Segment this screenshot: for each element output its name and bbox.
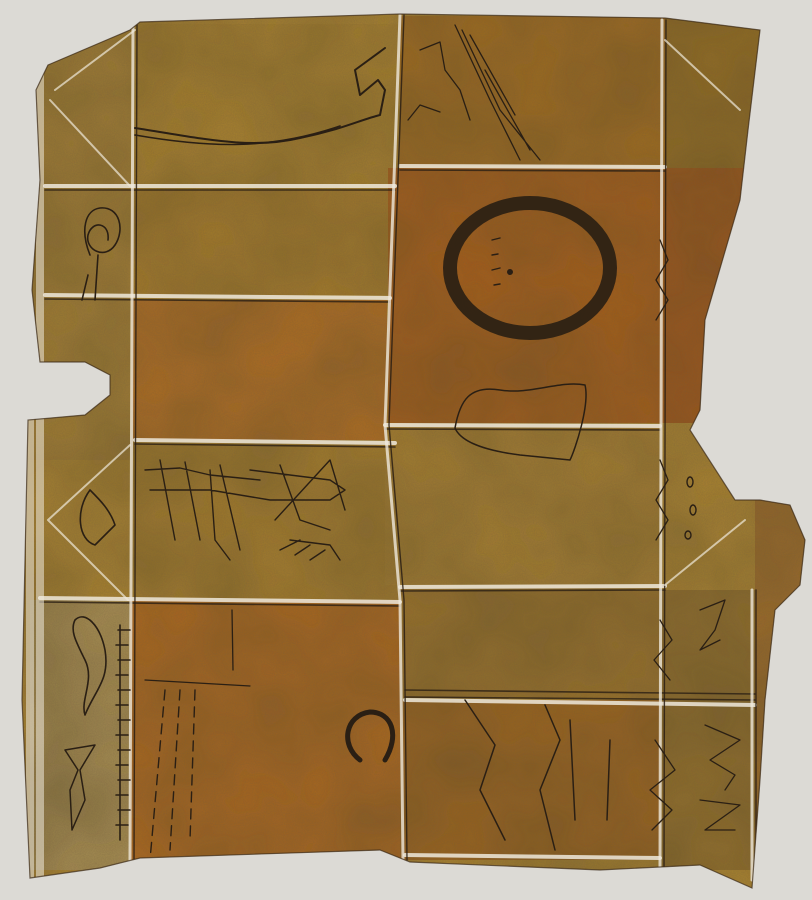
cardboard-print (0, 0, 812, 900)
artwork-canvas: Abstract monoprint of a flattened, torn … (0, 0, 812, 900)
cardboard-sheet (0, 0, 812, 900)
